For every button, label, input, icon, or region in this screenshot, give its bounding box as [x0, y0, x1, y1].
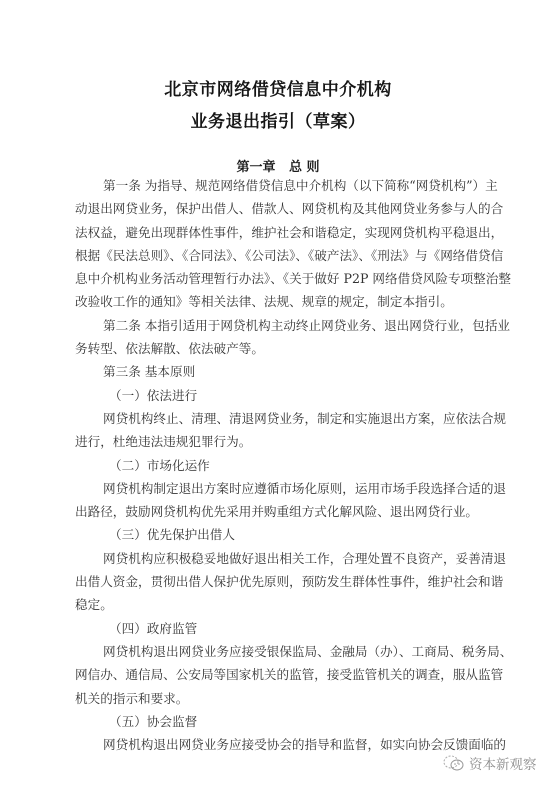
watermark-text: 资本新观察 [469, 753, 537, 773]
body-line: 网信办、通信局、公安局等国家机关的监管，接受监管机关的调查，服从监管 [75, 663, 477, 686]
body-line: 法权益，避免出现群体性事件，维护社会和谐稳定，实现网贷机构平稳退出， [75, 221, 477, 244]
body-line: （三）优先保护出借人 [75, 523, 477, 546]
wechat-icon [443, 754, 465, 772]
body-line: （五）协会监督 [75, 710, 477, 733]
chapter-heading: 第一章 总 则 [0, 156, 556, 175]
body-line: 第三条 基本原则 [75, 360, 477, 383]
body-line: 第二条 本指引适用于网贷机构主动终止网贷业务、退出网贷行业，包括业 [75, 314, 477, 337]
document-body: 第一条 为指导、规范网络借贷信息中介机构（以下简称“网贷机构”）主动退出网贷业务… [75, 174, 477, 756]
body-line: （一）依法进行 [75, 384, 477, 407]
body-line: 根据《民法总则》、《合同法》、《公司法》、《破产法》、《刑法》与《网络借贷信 [75, 244, 477, 267]
body-line: 稳定。 [75, 593, 477, 616]
body-line: 网贷机构制定退出方案时应遵循市场化原则，运用市场手段选择合适的退 [75, 477, 477, 500]
body-line: 第一条 为指导、规范网络借贷信息中介机构（以下简称“网贷机构”）主 [75, 174, 477, 197]
body-line: 进行，杜绝违法违规犯罪行为。 [75, 430, 477, 453]
document-title-line2: 业务退出指引（草案） [0, 107, 556, 132]
body-line: 动退出网贷业务，保护出借人、借款人、网贷机构及其他网贷业务参与人的合 [75, 197, 477, 220]
body-line: 网贷机构退出网贷业务应接受协会的指导和监督，如实向协会反馈面临的 [75, 733, 477, 756]
body-line: （四）政府监管 [75, 617, 477, 640]
body-line: 网贷机构应积极稳妥地做好退出相关工作，合理处置不良资产，妥善清退 [75, 547, 477, 570]
body-line: 改验收工作的通知》等相关法律、法规、规章的规定，制定本指引。 [75, 290, 477, 313]
body-line: 网贷机构退出网贷业务应接受银保监局、金融局（办）、工商局、税务局、 [75, 640, 477, 663]
body-line: 网贷机构终止、清理、清退网贷业务，制定和实施退出方案，应依法合规 [75, 407, 477, 430]
body-line: 息中介机构业务活动管理暂行办法》、《关于做好 P2P 网络借贷风险专项整治整 [75, 267, 477, 290]
body-line: 出借人资金，贯彻出借人保护优先原则，预防发生群体性事件，维护社会和谐 [75, 570, 477, 593]
watermark: 资本新观察 [443, 752, 537, 774]
document-title-line1: 北京市网络借贷信息中介机构 [0, 75, 556, 100]
body-line: 务转型、依法解散、依法破产等。 [75, 337, 477, 360]
body-line: 出路径，鼓励网贷机构优先采用并购重组方式化解风险、退出网贷行业。 [75, 500, 477, 523]
body-line: 机关的指示和要求。 [75, 687, 477, 710]
body-line: （二）市场化运作 [75, 454, 477, 477]
document-page: 北京市网络借贷信息中介机构 业务退出指引（草案） 第一章 总 则 第一条 为指导… [0, 0, 556, 787]
